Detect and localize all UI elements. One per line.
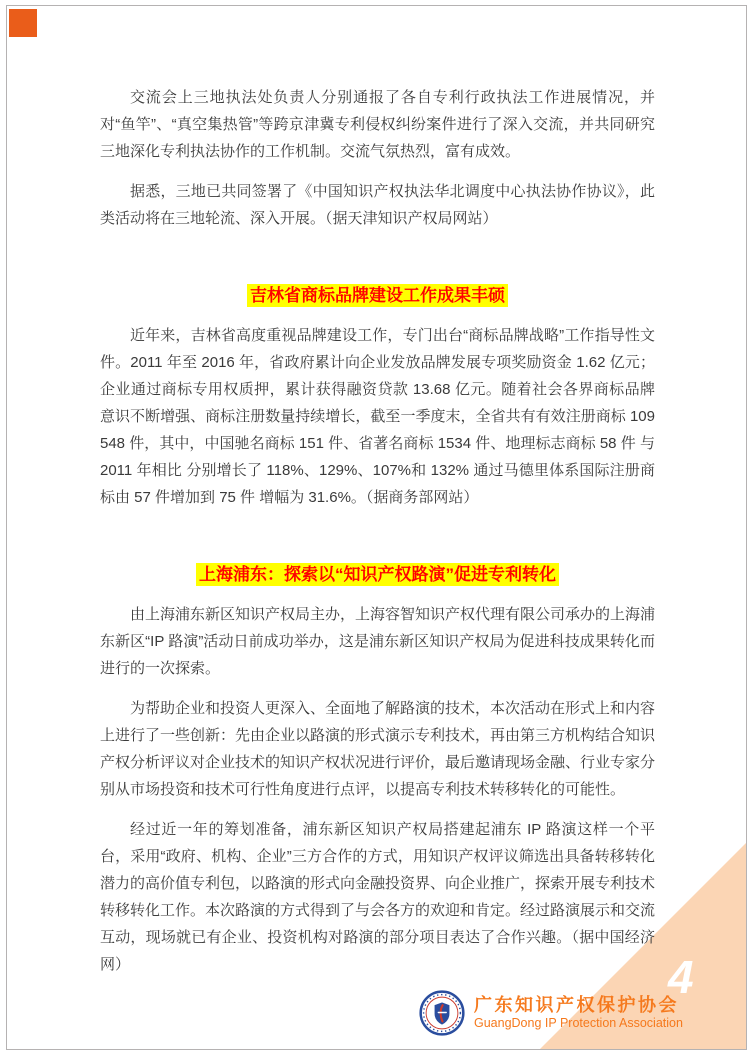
org-name-zh: 广东知识产权保护协会 (474, 995, 683, 1016)
body-paragraph: 经过近一年的筹划准备，浦东新区知识产权局搭建起浦东 IP 路演这样一个平台，采用… (100, 816, 655, 978)
section-heading-jilin: 吉林省商标品牌建设工作成果丰硕 (100, 284, 655, 308)
association-emblem-icon (419, 990, 465, 1036)
heading-highlight: 上海浦东：探索以“知识产权路演”促进专利转化 (196, 563, 559, 586)
body-paragraph: 交流会上三地执法处负责人分别通报了各自专利行政执法工作进展情况，并对“鱼竿”、“… (100, 84, 655, 165)
heading-highlight: 吉林省商标品牌建设工作成果丰硕 (247, 284, 508, 307)
newsletter-page: 4 交流会上三地执法处负责人分别通报了各自专利行政执法工作进展情况，并对“鱼竿”… (0, 0, 750, 1056)
footer-org-names: 广东知识产权保护协会 GuangDong IP Protection Assoc… (474, 995, 683, 1031)
org-name-en: GuangDong IP Protection Association (474, 1016, 683, 1031)
corner-square-decoration (9, 9, 37, 37)
body-paragraph: 由上海浦东新区知识产权局主办，上海容智知识产权代理有限公司承办的上海浦东新区“I… (100, 601, 655, 682)
body-paragraph: 为帮助企业和投资人更深入、全面地了解路演的技术，本次活动在形式上和内容上进行了一… (100, 695, 655, 803)
page-content: 交流会上三地执法处负责人分别通报了各自专利行政执法工作进展情况，并对“鱼竿”、“… (100, 84, 655, 991)
section-heading-pudong: 上海浦东：探索以“知识产权路演”促进专利转化 (100, 563, 655, 587)
body-paragraph: 近年来，吉林省高度重视品牌建设工作，专门出台“商标品牌战略”工作指导性文件。20… (100, 322, 655, 511)
body-paragraph: 据悉，三地已共同签署了《中国知识产权执法华北调度中心执法协作协议》，此类活动将在… (100, 178, 655, 232)
footer: 广东知识产权保护协会 GuangDong IP Protection Assoc… (419, 990, 683, 1036)
